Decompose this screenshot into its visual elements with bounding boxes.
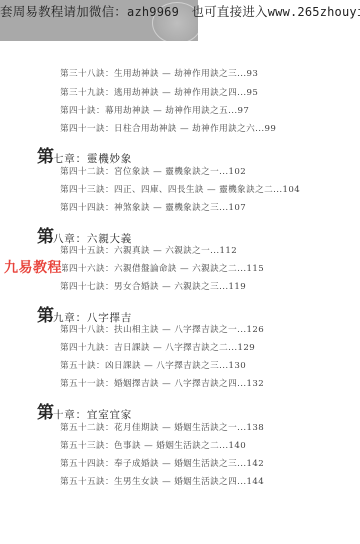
chapter-heading[interactable]: 第七章：靈機妙象 — [37, 142, 132, 167]
toc-entry[interactable]: 第五十三訣：色事訣 — 婚姻生活訣之二...140 — [60, 439, 246, 451]
toc-entry[interactable]: 第五十二訣：花月佳期訣 — 婚姻生活訣之一...138 — [60, 421, 264, 433]
toc-entry[interactable]: 第五十四訣：奉子成婚訣 — 婚姻生活訣之三...142 — [60, 457, 264, 469]
banner-text-left: 套周易教程请加微信： — [0, 4, 127, 19]
toc-entry[interactable]: 第四十四訣：神煞象訣 — 靈機象訣之三...107 — [60, 201, 246, 213]
chapter-prefix: 第 — [37, 306, 53, 326]
toc-entry[interactable]: 第四十六訣：六親借盤論命訣 — 六親訣之二...115 — [60, 262, 264, 274]
toc-entry[interactable]: 第四十一訣：日柱合用劫神訣 — 劫神作用訣之六...99 — [60, 122, 276, 134]
chapter-title: 七章：靈機妙象 — [53, 153, 132, 165]
banner-text-right: 也可直接进入 — [192, 4, 268, 19]
toc-entry[interactable]: 第四十訣：幕用劫神訣 — 劫神作用訣之五...97 — [60, 104, 249, 116]
banner-wechat-id: azh9969 — [127, 5, 179, 19]
toc-entry[interactable]: 第五十五訣：生男生女訣 — 婚姻生活訣之四...144 — [60, 475, 264, 487]
chapter-prefix: 第 — [37, 227, 53, 247]
toc-entry[interactable]: 第三十九訣：逃用劫神訣 — 劫神作用訣之四...95 — [60, 86, 258, 98]
toc-entry[interactable]: 第四十八訣：扶山相主訣 — 八字擇吉訣之一...126 — [60, 323, 264, 335]
toc-entry[interactable]: 第四十三訣：四正、四庫、四長生訣 — 靈機象訣之二...104 — [60, 183, 300, 195]
chapter-prefix: 第 — [37, 403, 53, 423]
toc-entry[interactable]: 第五十訣：凶日課訣 — 八字擇吉訣之三...130 — [60, 359, 246, 371]
toc-entry[interactable]: 第四十七訣：男女合婚訣 — 六親訣之三...119 — [60, 280, 246, 292]
banner-url-link[interactable]: www.265zhouyiw — [268, 5, 360, 19]
toc-entry[interactable]: 第四十九訣：吉日課訣 — 八字擇吉訣之二...129 — [60, 341, 255, 353]
toc-entry[interactable]: 第四十二訣：宮位象訣 — 靈機象訣之一...102 — [60, 165, 246, 177]
chapter-title: 十章：宜室宜家 — [53, 409, 132, 421]
banner-text: 套周易教程请加微信：azh9969 也可直接进入www.265zhouyiw — [0, 2, 360, 20]
watermark-label: 九易教程 — [4, 257, 62, 277]
chapter-prefix: 第 — [37, 147, 53, 167]
toc-entry[interactable]: 第三十八訣：生用劫神訣 — 劫神作用訣之三...93 — [60, 67, 258, 79]
chapter-heading[interactable]: 第十章：宜室宜家 — [37, 398, 132, 423]
toc-entry[interactable]: 第四十五訣：六親真訣 — 六親訣之一...112 — [60, 244, 237, 256]
toc-entry[interactable]: 第五十一訣：婚姻擇吉訣 — 八字擇吉訣之四...132 — [60, 377, 264, 389]
